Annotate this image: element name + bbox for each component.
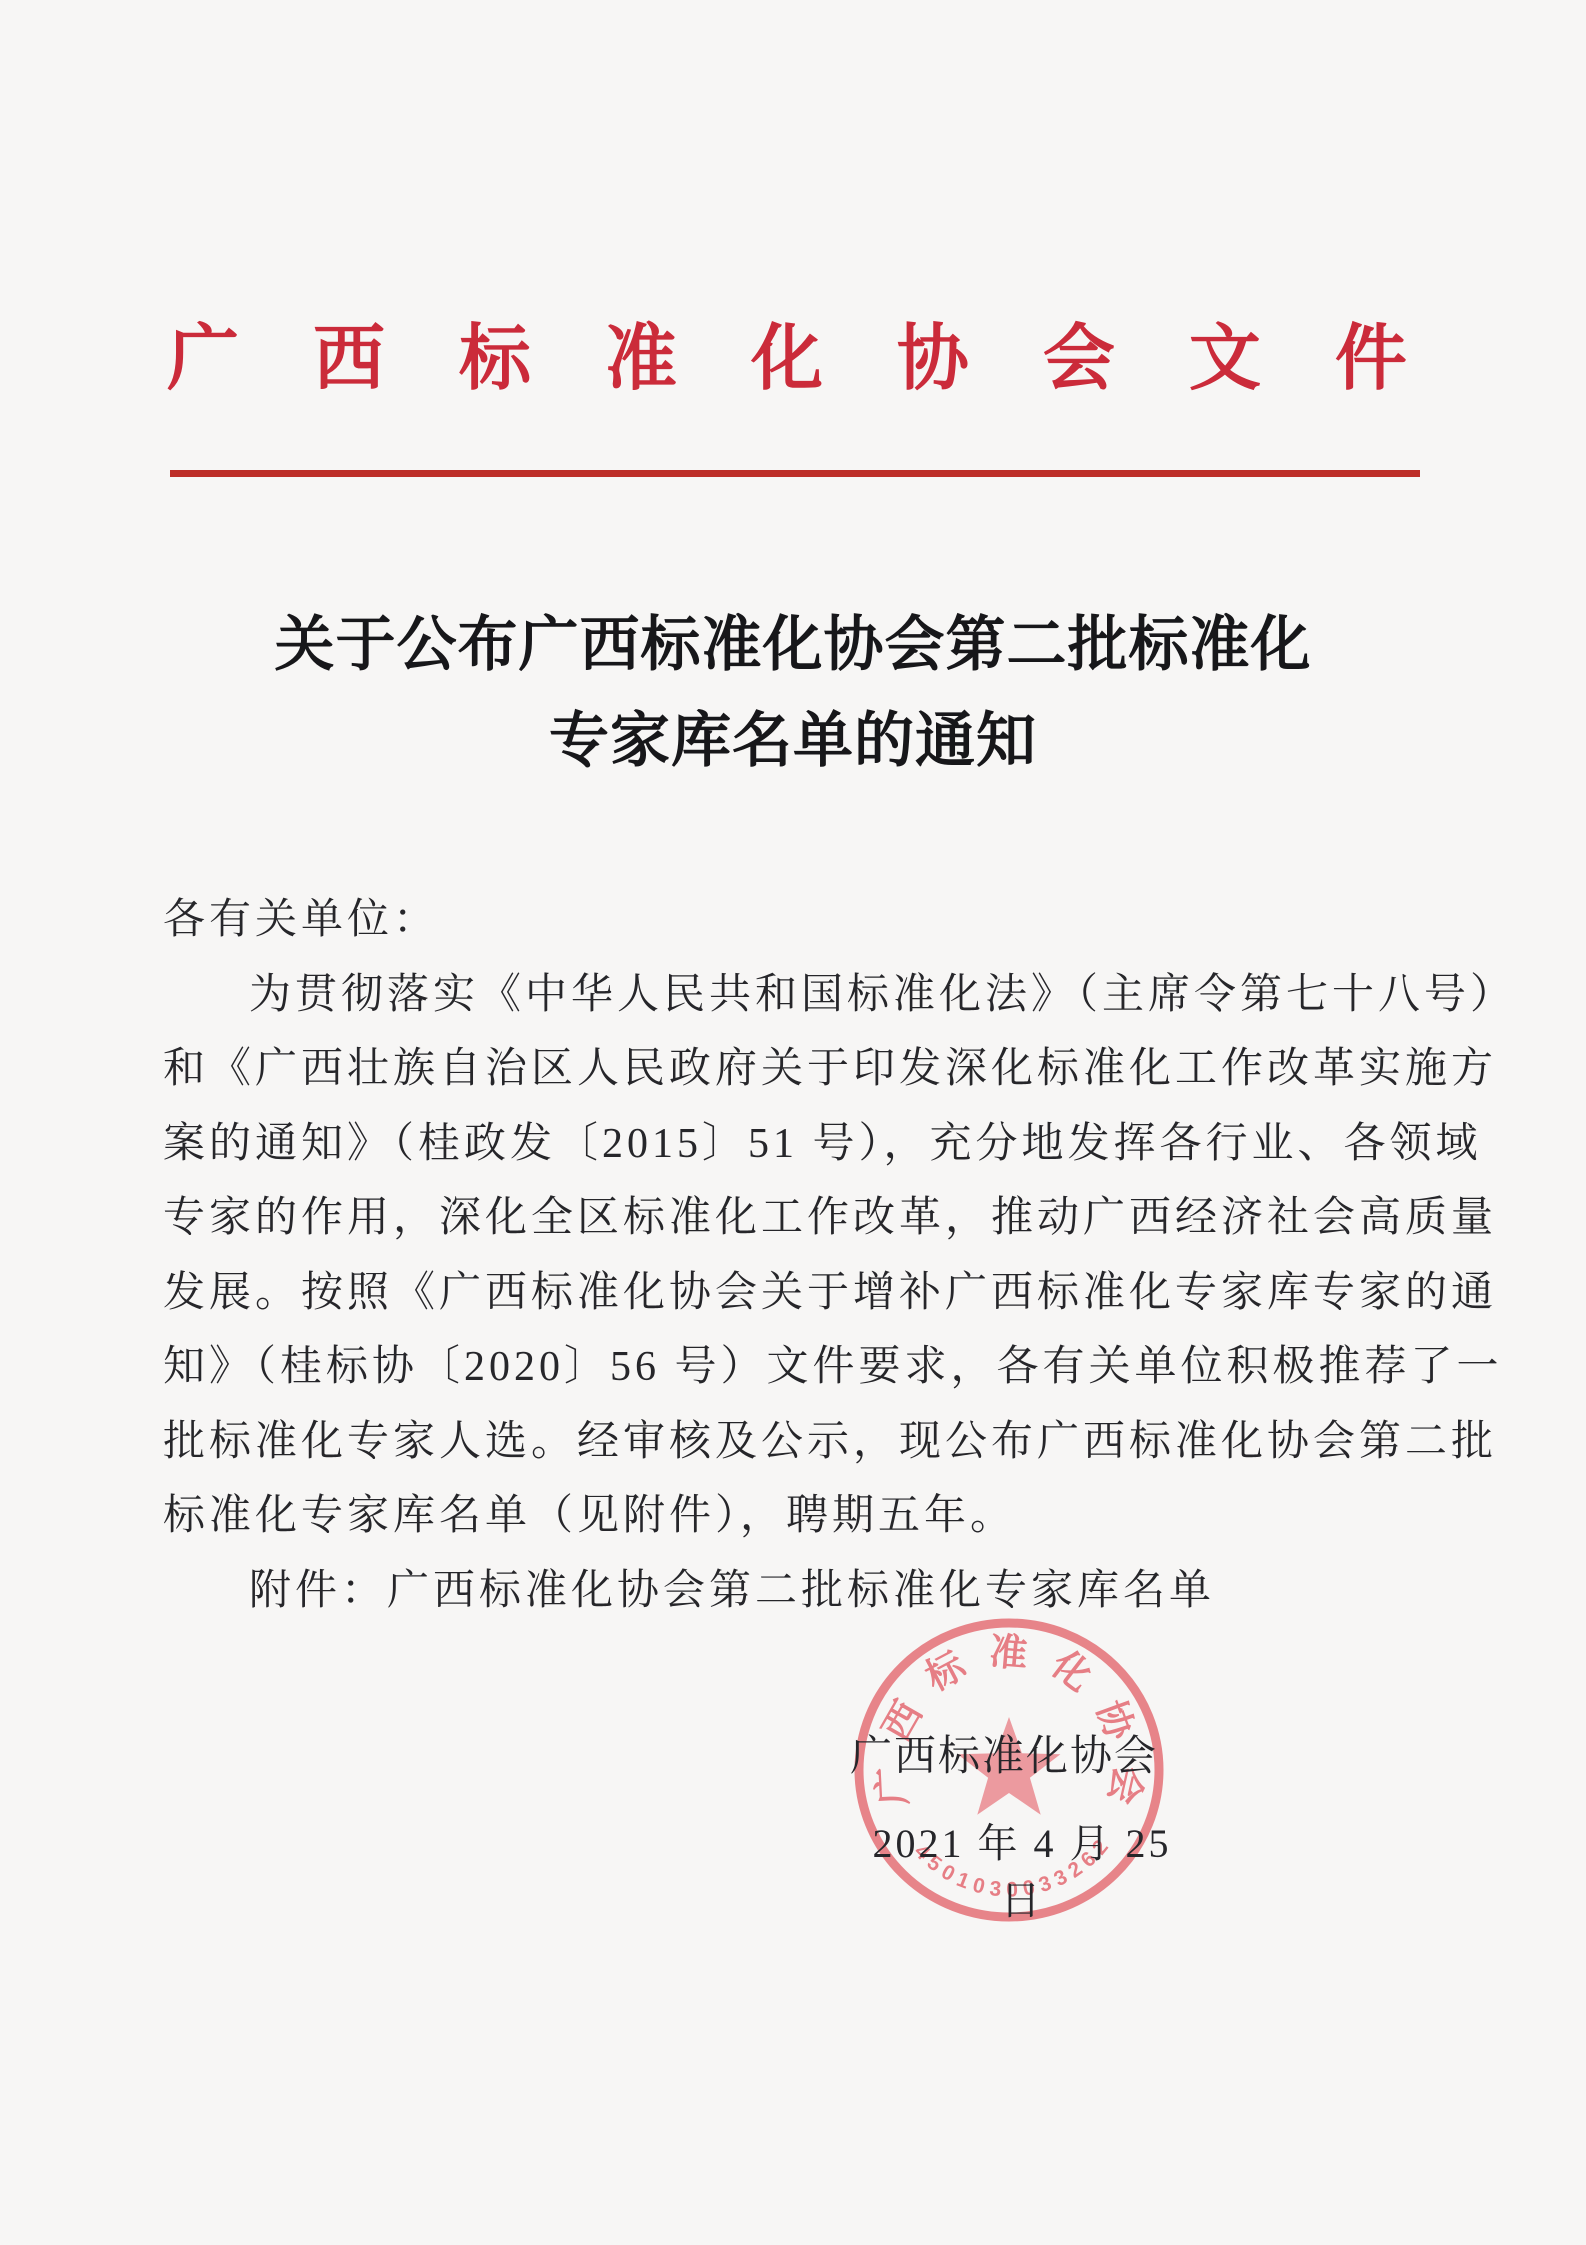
signature-organization: 广西标准化协会 — [834, 1723, 1174, 1783]
body-line: 案的通知》（桂政发〔2015〕51 号），充分地发挥各行业、各领域 — [163, 1107, 1429, 1182]
signature-date: 2021 年 4 月 25 日 — [852, 1812, 1192, 1926]
letterhead-title: 广 西 标 准 化 协 会 文 件 — [167, 318, 1407, 400]
letterhead-char: 广 — [167, 318, 239, 400]
letterhead-char: 化 — [751, 318, 823, 400]
title-line-2: 专家库名单的通知 — [0, 693, 1586, 789]
body-line: 为贯彻落实《中华人民共和国标准化法》（主席令第七十八号） — [163, 958, 1429, 1033]
letterhead-char: 文 — [1189, 318, 1261, 400]
letterhead-char: 标 — [459, 318, 531, 400]
body-line: 批标准化专家人选。经审核及公示，现公布广西标准化协会第二批 — [163, 1405, 1429, 1480]
letterhead-divider-rule — [170, 470, 1420, 477]
body-line: 标准化专家库名单（见附件），聘期五年。 — [163, 1479, 1429, 1554]
letterhead-char: 会 — [1043, 318, 1115, 400]
body-line: 专家的作用，深化全区标准化工作改革，推动广西经济社会高质量 — [163, 1181, 1429, 1256]
letterhead-char: 协 — [897, 318, 969, 400]
body-line: 发展。按照《广西标准化协会关于增补广西标准化专家库专家的通 — [163, 1256, 1429, 1331]
document-body: 各有关单位： 为贯彻落实《中华人民共和国标准化法》（主席令第七十八号） 和《广西… — [163, 883, 1429, 1628]
salutation: 各有关单位： — [163, 883, 1429, 958]
letterhead-char: 准 — [605, 318, 677, 400]
document-page: 广 西 标 准 化 协 会 文 件 关于公布广西标准化协会第二批标准化 专家库名… — [0, 0, 1586, 2245]
letterhead-char: 件 — [1335, 318, 1407, 400]
body-line: 知》（桂标协〔2020〕56 号）文件要求，各有关单位积极推荐了一 — [163, 1330, 1429, 1405]
body-line: 和《广西壮族自治区人民政府关于印发深化标准化工作改革实施方 — [163, 1032, 1429, 1107]
document-title: 关于公布广西标准化协会第二批标准化 专家库名单的通知 — [0, 597, 1586, 789]
attachment-line: 附件：广西标准化协会第二批标准化专家库名单 — [163, 1554, 1429, 1629]
title-line-1: 关于公布广西标准化协会第二批标准化 — [0, 597, 1586, 693]
letterhead-char: 西 — [313, 318, 385, 400]
